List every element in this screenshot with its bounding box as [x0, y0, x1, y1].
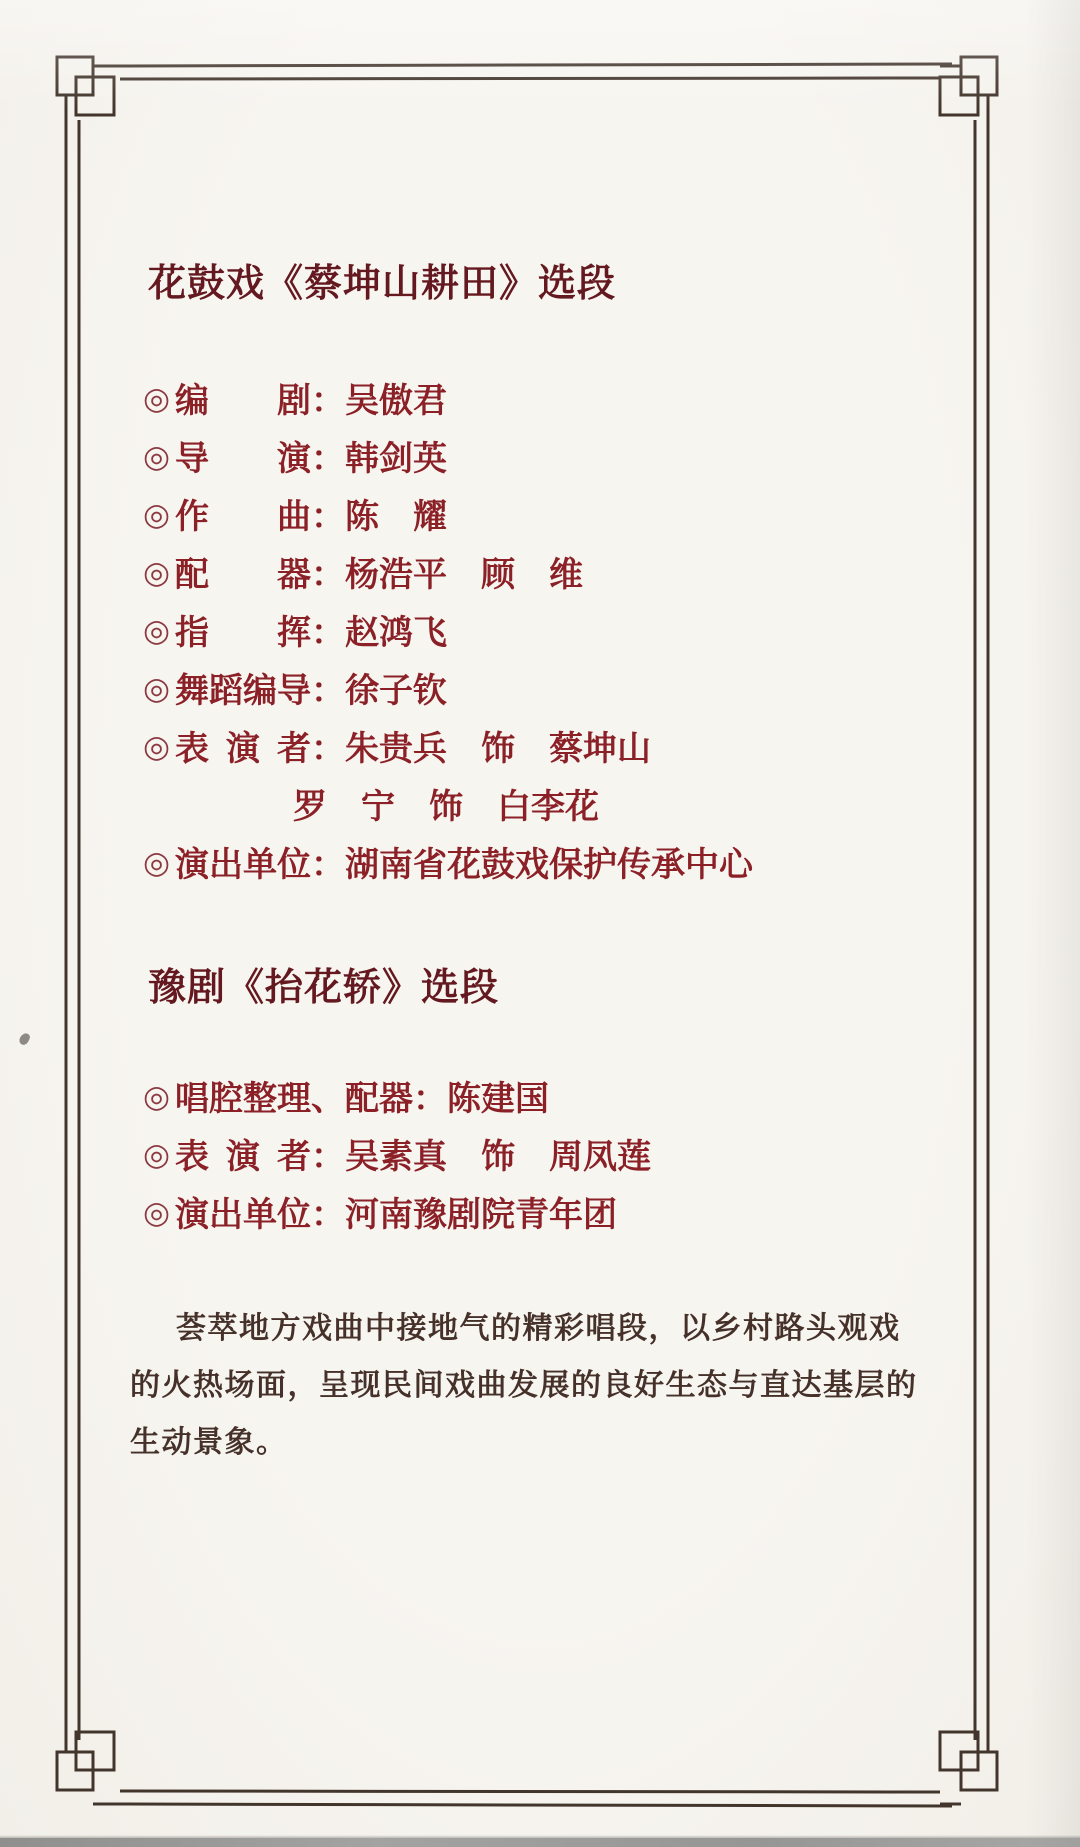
credit-row: ◎ 导 演： 韩剑英: [143, 426, 753, 484]
credit-value: 赵鸿飞: [345, 605, 447, 654]
credit-row-continuation: 罗 宁 饰 白李花: [143, 774, 753, 832]
credit-row: ◎ 唱腔整理、配器： 陈建国: [143, 1066, 651, 1124]
double-circle-bullet-icon: ◎: [143, 847, 175, 878]
credit-row: ◎ 编 剧： 吴傲君: [143, 368, 753, 426]
section1-title: 花鼓戏《蔡坤山耕田》选段: [148, 252, 616, 307]
credit-row: ◎ 作 曲： 陈 耀: [143, 484, 753, 542]
credit-value: 吴素真 饰 周凤莲: [345, 1129, 651, 1178]
section1-credits: ◎ 编 剧： 吴傲君 ◎ 导 演： 韩剑英 ◎ 作 曲： 陈 耀 ◎ 配 器： …: [143, 368, 753, 890]
credit-role-label: 表 演 者：: [175, 1129, 345, 1178]
paragraph-line: 生动景象。: [130, 1414, 930, 1471]
program-page: 花鼓戏《蔡坤山耕田》选段 ◎ 编 剧： 吴傲君 ◎ 导 演： 韩剑英 ◎ 作 曲…: [0, 0, 1080, 1847]
section2-credits: ◎ 唱腔整理、配器： 陈建国 ◎ 表 演 者： 吴素真 饰 周凤莲 ◎ 演出单位…: [143, 1066, 651, 1240]
scan-bottom-edge: [0, 1838, 1080, 1847]
credit-row: ◎ 表 演 者： 吴素真 饰 周凤莲: [143, 1124, 651, 1182]
credit-row: ◎ 演出单位： 河南豫剧院青年团: [143, 1182, 651, 1240]
double-circle-bullet-icon: ◎: [143, 441, 175, 472]
double-circle-bullet-icon: ◎: [143, 1081, 175, 1112]
credit-value: 徐子钦: [345, 663, 447, 712]
paragraph-line: 荟萃地方戏曲中接地气的精彩唱段，以乡村路头观戏: [130, 1300, 930, 1357]
credit-role-label: 唱腔整理、配器：: [175, 1071, 447, 1120]
double-circle-bullet-icon: ◎: [143, 673, 175, 704]
credit-role-label: 演出单位：: [175, 837, 345, 886]
section2-title: 豫剧《抬花轿》选段: [148, 956, 499, 1011]
description-paragraph: 荟萃地方戏曲中接地气的精彩唱段，以乡村路头观戏 的火热场面，呈现民间戏曲发展的良…: [130, 1300, 930, 1471]
credit-row: ◎ 表 演 者： 朱贵兵 饰 蔡坤山: [143, 716, 753, 774]
double-circle-bullet-icon: ◎: [143, 1197, 175, 1228]
double-circle-bullet-icon: ◎: [143, 615, 175, 646]
credit-row: ◎ 配 器： 杨浩平 顾 维: [143, 542, 753, 600]
credit-role-label: 导 演：: [175, 431, 345, 480]
credit-value: 陈建国: [447, 1071, 549, 1120]
credit-role-label: 作 曲：: [175, 489, 345, 538]
credit-value: 陈 耀: [345, 489, 447, 538]
credit-value: 韩剑英: [345, 431, 447, 480]
double-circle-bullet-icon: ◎: [143, 557, 175, 588]
credit-row: ◎ 舞蹈编导： 徐子钦: [143, 658, 753, 716]
credit-role-label: 编 剧：: [175, 373, 345, 422]
credit-value: 湖南省花鼓戏保护传承中心: [345, 837, 753, 886]
credit-value: 朱贵兵 饰 蔡坤山: [345, 721, 651, 770]
credit-value: 河南豫剧院青年团: [345, 1187, 617, 1236]
double-circle-bullet-icon: ◎: [143, 731, 175, 762]
credit-value: 杨浩平 顾 维: [345, 547, 583, 596]
double-circle-bullet-icon: ◎: [143, 499, 175, 530]
double-circle-bullet-icon: ◎: [143, 383, 175, 414]
credit-role-label: 舞蹈编导：: [175, 663, 345, 712]
credit-role-label: 表 演 者：: [175, 721, 345, 770]
paragraph-line: 的火热场面，呈现民间戏曲发展的良好生态与直达基层的: [130, 1357, 930, 1414]
credit-value: 吴傲君: [345, 373, 447, 422]
credit-role-label: 指 挥：: [175, 605, 345, 654]
double-circle-bullet-icon: ◎: [143, 1139, 175, 1170]
credit-value: 罗 宁 饰 白李花: [293, 779, 599, 828]
credit-row: ◎ 演出单位： 湖南省花鼓戏保护传承中心: [143, 832, 753, 890]
credit-role-label: 配 器：: [175, 547, 345, 596]
credit-role-label: 演出单位：: [175, 1187, 345, 1236]
credit-row: ◎ 指 挥： 赵鸿飞: [143, 600, 753, 658]
